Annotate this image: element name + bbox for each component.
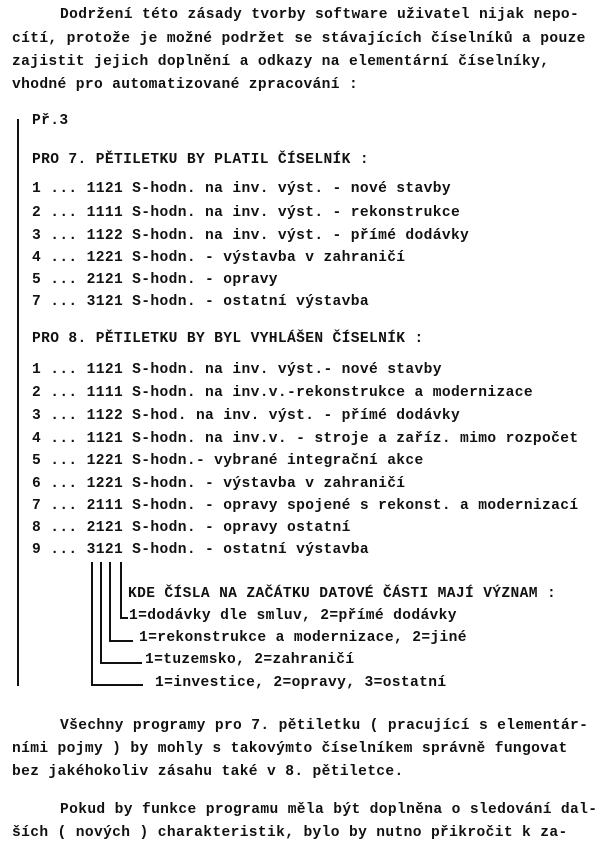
paragraph-line: ších ( nových ) charakteristik, bylo by … — [12, 824, 568, 842]
list-item: 2 ... 1111 S-hodn. na inv. výst. - rekon… — [32, 204, 460, 222]
bracket-line-digit-3 — [109, 640, 133, 642]
paragraph-line: Pokud by funkce programu měla být doplně… — [60, 801, 597, 819]
bracket-line-digit-4 — [120, 562, 122, 618]
list-item: 1 ... 1121 S-hodn. na inv. výst.- nové s… — [32, 361, 442, 379]
bracket-line-digit-4 — [120, 617, 128, 619]
list-item: 8 ... 2121 S-hodn. - opravy ostatní — [32, 519, 351, 537]
list-item: 2 ... 1111 S-hodn. na inv.v.-rekonstrukc… — [32, 384, 533, 402]
legend-digit-2: 1=tuzemsko, 2=zahraničí — [145, 651, 354, 669]
list-item: 9 ... 3121 S-hodn. - ostatní výstavba — [32, 541, 369, 559]
paragraph-line: Všechny programy pro 7. pětiletku ( prac… — [60, 717, 588, 735]
list-item: 4 ... 1121 S-hodn. na inv.v. - stroje a … — [32, 430, 578, 448]
bracket-line-digit-2 — [100, 562, 102, 663]
intro-line: cítí, protože je možné podržet se stávaj… — [12, 30, 586, 48]
section-8-heading: PRO 8. PĚTILETKU BY BYL VYHLÁŠEN ČÍSELNÍ… — [32, 330, 424, 348]
example-label: Př.3 — [32, 112, 68, 130]
bracket-line-digit-1 — [91, 684, 143, 686]
list-item: 1 ... 1121 S-hodn. na inv. výst. - nové … — [32, 180, 451, 198]
list-item: 3 ... 1122 S-hodn. na inv. výst. - přímé… — [32, 227, 469, 245]
section-7-heading: PRO 7. PĚTILETKU BY PLATIL ČÍSELNÍK : — [32, 151, 369, 169]
list-item: 3 ... 1122 S-hod. na inv. výst. - přímé … — [32, 407, 460, 425]
legend-digit-4: 1=dodávky dle smluv, 2=přímé dodávky — [129, 607, 457, 625]
bracket-line-digit-1 — [91, 562, 93, 685]
paragraph-line: ními pojmy ) by mohly s takovýmto číseln… — [12, 740, 568, 758]
list-item: 6 ... 1221 S-hodn. - výstavba v zahranič… — [32, 475, 405, 493]
list-item: 7 ... 3121 S-hodn. - ostatní výstavba — [32, 293, 369, 311]
margin-rule — [17, 119, 19, 686]
list-item: 4 ... 1221 S-hodn. - výstavba v zahranič… — [32, 249, 405, 267]
intro-line: zajistit jejich doplnění a odkazy na ele… — [12, 53, 549, 71]
list-item: 5 ... 2121 S-hodn. - opravy — [32, 271, 278, 289]
intro-line: Dodržení této zásady tvorby software uži… — [60, 6, 579, 24]
bracket-line-digit-2 — [100, 662, 142, 664]
intro-line: vhodné pro automatizované zpracování : — [12, 76, 358, 94]
legend-digit-1: 1=investice, 2=opravy, 3=ostatní — [155, 674, 446, 692]
legend-digit-3: 1=rekonstrukce a modernizace, 2=jiné — [139, 629, 467, 647]
list-item: 7 ... 2111 S-hodn. - opravy spojené s re… — [32, 497, 578, 515]
paragraph-line: bez jakéhokoliv zásahu také v 8. pětilet… — [12, 763, 404, 781]
legend-heading: KDE ČÍSLA NA ZAČÁTKU DATOVÉ ČÁSTI MAJÍ V… — [128, 585, 556, 603]
list-item: 5 ... 1221 S-hodn.- vybrané integrační a… — [32, 452, 424, 470]
bracket-line-digit-3 — [109, 562, 111, 641]
